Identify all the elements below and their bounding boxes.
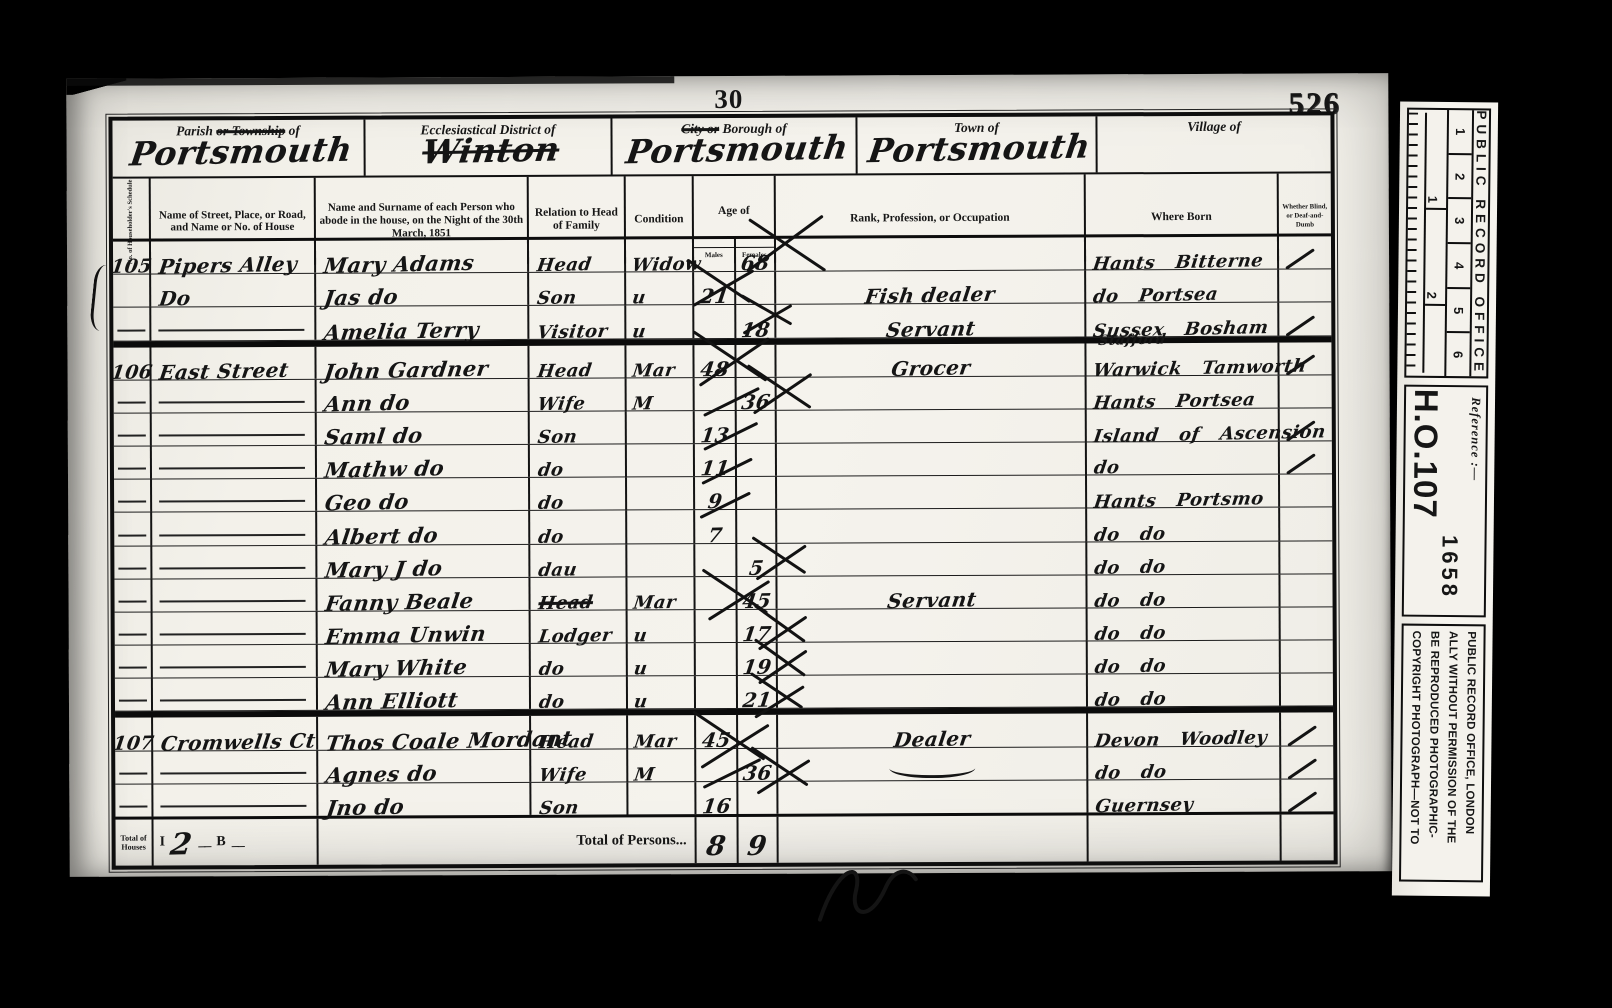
ruler-cm-label: 4 xyxy=(1451,262,1466,269)
relation-cell: Head xyxy=(529,239,626,272)
occupation-cell xyxy=(777,442,1087,476)
age-male-cell: 11 xyxy=(695,444,737,476)
infirmity-cell xyxy=(1280,574,1332,606)
ruler-cm-label: 2 xyxy=(1452,172,1467,179)
column-header-row: No. of Householder's Schedule Name of St… xyxy=(113,173,1331,241)
census-record-row: Mary White do u 19 do do xyxy=(115,640,1333,678)
census-record-row: Jno do Son 16 Guernsey xyxy=(115,779,1333,816)
condition-cell: Mar xyxy=(627,577,695,609)
born-cell: do do xyxy=(1087,541,1280,574)
condition-cell: Widow xyxy=(626,239,694,271)
infirmity-cell xyxy=(1281,640,1333,672)
relation-cell: Head xyxy=(529,345,626,378)
schedule-number-cell xyxy=(114,380,152,412)
condition-cell xyxy=(627,411,695,443)
street-cell xyxy=(152,379,317,412)
schedule-number-cell xyxy=(114,546,152,578)
pro-reference-strip: 1 2 1 2 3 4 5 6 PUBLIC RECORD OFFICE Ref… xyxy=(1392,102,1498,897)
name-cell: Fanny Beale xyxy=(317,578,530,611)
inhabited-label: I xyxy=(160,834,166,850)
street-cell xyxy=(151,307,316,340)
age-female-cell xyxy=(737,510,777,542)
ruler-inch-column: 1 2 xyxy=(1424,110,1448,376)
reference-label: Reference :— xyxy=(1467,397,1483,481)
relation-cell: do xyxy=(530,444,627,477)
born-cell: do do xyxy=(1087,574,1280,607)
street-cell xyxy=(152,446,317,479)
condition-cell: u xyxy=(628,610,696,642)
schedule-number-cell xyxy=(115,646,153,678)
census-record-row: 105 Pipers Alley Mary Adams Head Widow 6… xyxy=(113,236,1331,274)
street-cell xyxy=(152,479,317,512)
street-cell: Cromwells Ct xyxy=(153,717,318,750)
village-label: Village of xyxy=(1097,118,1330,135)
age-female-cell xyxy=(737,444,777,476)
relation-cell: Wife xyxy=(530,378,627,411)
town-field: Town of Portsmouth xyxy=(857,116,1097,173)
street-cell: Pipers Alley xyxy=(151,241,316,274)
totals-row: Total of Houses I 2 __ B __ Total of Per… xyxy=(115,811,1333,865)
infirmity-cell xyxy=(1281,713,1333,745)
relation-cell: Son xyxy=(531,782,628,815)
scan-edge-smudge xyxy=(66,76,674,86)
total-houses-values: I 2 __ B __ xyxy=(153,819,318,866)
born-cell: Hants Bitterne xyxy=(1086,237,1279,270)
ruler-cm-label: 1 xyxy=(1453,128,1468,135)
occupation-cell xyxy=(778,641,1088,675)
infirmity-cell xyxy=(1279,236,1331,268)
born-cell: do Portsea xyxy=(1086,270,1279,303)
ecclesiastical-district-value: Winton xyxy=(414,129,562,171)
census-form-paper: 30 526 Parish or Township of Portsmouth … xyxy=(66,73,1391,877)
condition-cell xyxy=(627,544,695,576)
ruler-cm-label: 3 xyxy=(1452,217,1467,224)
name-cell: Geo do xyxy=(317,478,530,511)
relation-cell: do xyxy=(531,677,628,710)
infirmity-cell xyxy=(1280,375,1332,407)
relation-cell: Wife xyxy=(531,749,628,782)
name-cell: Thos Coale Mordant xyxy=(318,716,531,749)
ruler-box: 1 2 1 2 3 4 5 6 PUBLIC RECORD OFFICE xyxy=(1404,108,1491,379)
born-cell: Island of Ascension xyxy=(1087,408,1280,441)
schedule-number-cell: 107 xyxy=(115,718,153,750)
ruler-inch-mark xyxy=(1425,304,1445,306)
age-male-cell: 13 xyxy=(695,411,737,443)
reference-box: Reference :— H.O.107 1658 xyxy=(1402,385,1488,618)
village-field: Village of xyxy=(1097,115,1330,172)
age-male-cell xyxy=(696,676,738,708)
form-title-row: Parish or Township of Portsmouth Ecclesi… xyxy=(112,115,1330,178)
street-cell: Do xyxy=(151,274,316,307)
infirmity-cell xyxy=(1280,508,1332,540)
name-cell: John Gardner xyxy=(316,345,529,378)
condition-cell xyxy=(627,444,695,476)
occupation-cell: Grocer xyxy=(776,343,1086,377)
building-label: B xyxy=(216,834,225,850)
relation-cell: Head xyxy=(531,716,628,749)
total-persons-label: Total of Persons... xyxy=(318,817,696,865)
uninhabited-underscore: __ xyxy=(198,834,210,850)
schedule-number-cell xyxy=(114,447,152,479)
ruler-inch-label: 1 xyxy=(1425,196,1440,203)
condition-cell: u xyxy=(628,643,696,675)
relation-cell: do xyxy=(530,478,627,511)
schedule-number-cell xyxy=(113,275,151,307)
schedule-number-cell xyxy=(114,513,152,545)
street-cell xyxy=(153,784,318,817)
name-cell: Mary White xyxy=(318,644,531,677)
infirmity-cell xyxy=(1281,674,1333,706)
age-female-cell xyxy=(737,411,777,443)
schedule-number-cell xyxy=(115,751,153,783)
ruler-inch-mark xyxy=(1426,208,1446,210)
name-cell: Ann Elliott xyxy=(318,677,531,710)
occupation-cell: Fish dealer xyxy=(776,271,1086,305)
born-cell: Devon Woodley xyxy=(1088,713,1281,746)
census-record-row: Emma Unwin Lodger u 17 do do xyxy=(115,607,1333,645)
parish-field: Parish or Township of Portsmouth xyxy=(112,120,365,177)
occupation-cell xyxy=(777,409,1087,443)
total-persons-male: 8 xyxy=(696,817,738,863)
parish-value: Portsmouth xyxy=(121,130,354,174)
condition-cell: M xyxy=(628,749,696,781)
occupation-cell xyxy=(777,476,1087,510)
born-cell: StaffordWarwick Tamworth xyxy=(1086,342,1279,375)
age-male-cell xyxy=(696,643,738,675)
age-female-cell xyxy=(737,477,777,509)
ruler-cm-label: 6 xyxy=(1450,351,1465,358)
building-underscore: __ xyxy=(232,834,244,850)
infirmity-cell xyxy=(1279,270,1331,302)
occupation-cell xyxy=(777,509,1087,543)
ink-flourish xyxy=(812,857,932,928)
street-cell xyxy=(152,512,317,545)
infirmity-cell xyxy=(1281,779,1333,811)
schedule-number-cell: 106 xyxy=(113,347,151,379)
occupation-cell: Servant xyxy=(776,304,1086,338)
condition-cell: M xyxy=(627,378,695,410)
schedule-number-cell xyxy=(114,579,152,611)
name-cell: Saml do xyxy=(317,412,530,445)
relation-cell: do xyxy=(531,644,628,677)
borough-field: City or Borough of Portsmouth xyxy=(612,117,857,174)
copyright-box: COPYRIGHT PHOTOGRAPH—NOT TO BE REPRODUCE… xyxy=(1399,624,1485,883)
infirmity-cell xyxy=(1280,441,1332,473)
relation-cell: Lodger xyxy=(531,610,628,643)
name-cell: Emma Unwin xyxy=(318,611,531,644)
relation-cell: do xyxy=(530,511,627,544)
census-record-row: Albert do do 7 do do xyxy=(114,508,1332,546)
borough-value: Portsmouth xyxy=(617,127,850,171)
public-record-office-label: PUBLIC RECORD OFFICE xyxy=(1471,110,1489,376)
name-cell: Mary Adams xyxy=(316,240,529,273)
born-cell: do do xyxy=(1088,641,1281,674)
page-number: 30 xyxy=(714,84,743,115)
totals-empty-occupation xyxy=(778,815,1088,862)
condition-cell xyxy=(627,477,695,509)
street-cell xyxy=(152,413,317,446)
ecclesiastical-district-field: Ecclesiastical District of Winton xyxy=(365,119,612,176)
infirmity-cell xyxy=(1280,475,1332,507)
census-form-table: Parish or Township of Portsmouth Ecclesi… xyxy=(108,111,1337,869)
reference-series: H.O.107 xyxy=(1406,389,1445,519)
occupation-cell: Dealer xyxy=(778,714,1088,748)
born-cell: Guernsey xyxy=(1088,779,1281,812)
occupation-cell xyxy=(777,542,1087,576)
street-cell xyxy=(152,579,317,612)
street-cell xyxy=(153,678,318,711)
infirmity-cell xyxy=(1281,746,1333,778)
schedule-number-cell xyxy=(113,308,151,340)
age-female-cell xyxy=(738,782,778,814)
name-cell: Jno do xyxy=(318,783,531,816)
total-persons-female: 9 xyxy=(738,817,778,863)
name-cell: Jas do xyxy=(316,273,529,306)
condition-cell: u xyxy=(626,272,694,304)
total-houses-value: 2 xyxy=(169,827,195,862)
totals-empty-infirmity xyxy=(1281,814,1333,860)
condition-cell: u xyxy=(626,305,694,337)
condition-cell: Mar xyxy=(628,716,696,748)
occupation-cell xyxy=(778,608,1088,642)
reference-piece-number: 1658 xyxy=(1436,535,1463,600)
street-cell xyxy=(152,545,317,578)
relation-cell: Head xyxy=(530,577,627,610)
census-record-row: 107 Cromwells Ct Thos Coale Mordant Head… xyxy=(115,707,1333,751)
street-cell xyxy=(153,645,318,678)
occupation-cell xyxy=(778,780,1088,814)
name-cell: Mathw do xyxy=(317,445,530,478)
relation-cell: Son xyxy=(529,273,626,306)
occupation-cell xyxy=(777,376,1087,410)
infirmity-cell xyxy=(1281,607,1333,639)
infirmity-cell xyxy=(1280,541,1332,573)
census-record-row: Mary J do dau 5 do do xyxy=(114,541,1332,579)
total-houses-label: Total of Houses xyxy=(115,820,153,866)
occupation-cell xyxy=(778,675,1088,709)
occupation-cell: Servant xyxy=(777,575,1087,609)
ruler-cm-column: 1 2 3 4 5 6 xyxy=(1446,110,1474,376)
born-cell: do do xyxy=(1088,607,1281,640)
born-cell: Sussex Bosham xyxy=(1086,303,1279,336)
relation-cell: dau xyxy=(530,544,627,577)
born-cell: Hants Portsmo xyxy=(1087,475,1280,508)
schedule-number-cell xyxy=(115,679,153,711)
condition-cell xyxy=(628,782,696,814)
copyright-line: COPYRIGHT PHOTOGRAPH—NOT TO xyxy=(1404,631,1425,875)
name-cell: Mary J do xyxy=(317,544,530,577)
schedule-number-cell xyxy=(115,784,153,816)
born-cell: do do xyxy=(1088,674,1281,707)
census-record-row: 106 East Street John Gardner Head Mar 48… xyxy=(113,336,1331,380)
relation-cell: Son xyxy=(530,411,627,444)
condition-cell xyxy=(627,511,695,543)
infirmity-cell xyxy=(1279,303,1331,335)
name-cell: Amelia Terry xyxy=(316,306,529,339)
schedule-number-cell xyxy=(114,413,152,445)
condition-cell: u xyxy=(628,676,696,708)
ruler-cm-label: 5 xyxy=(1451,306,1466,313)
street-cell: East Street xyxy=(151,346,316,379)
occupation-cell xyxy=(778,747,1088,781)
relation-cell: Visitor xyxy=(529,306,626,339)
totals-empty-born xyxy=(1088,815,1281,862)
ruler-inch-label: 2 xyxy=(1424,292,1439,299)
copyright-line: ALLY WITHOUT PERMISSION OF THE xyxy=(1441,631,1462,875)
schedule-number-cell xyxy=(115,612,153,644)
condition-cell: Mar xyxy=(626,345,694,377)
schedule-number-cell: 105 xyxy=(113,242,151,274)
scanned-census-page: 30 526 Parish or Township of Portsmouth … xyxy=(0,0,1612,1008)
street-cell xyxy=(153,612,318,645)
born-cell: do do xyxy=(1087,508,1280,541)
name-cell: Albert do xyxy=(317,511,530,544)
pen-squiggle xyxy=(889,757,975,778)
schedule-number-cell xyxy=(114,480,152,512)
age-male-cell xyxy=(694,305,736,337)
copyright-line: PUBLIC RECORD OFFICE, LONDON xyxy=(1459,631,1480,875)
town-value: Portsmouth xyxy=(860,126,1093,170)
census-record-row: Ann Elliott do u 21 do do xyxy=(115,674,1333,712)
